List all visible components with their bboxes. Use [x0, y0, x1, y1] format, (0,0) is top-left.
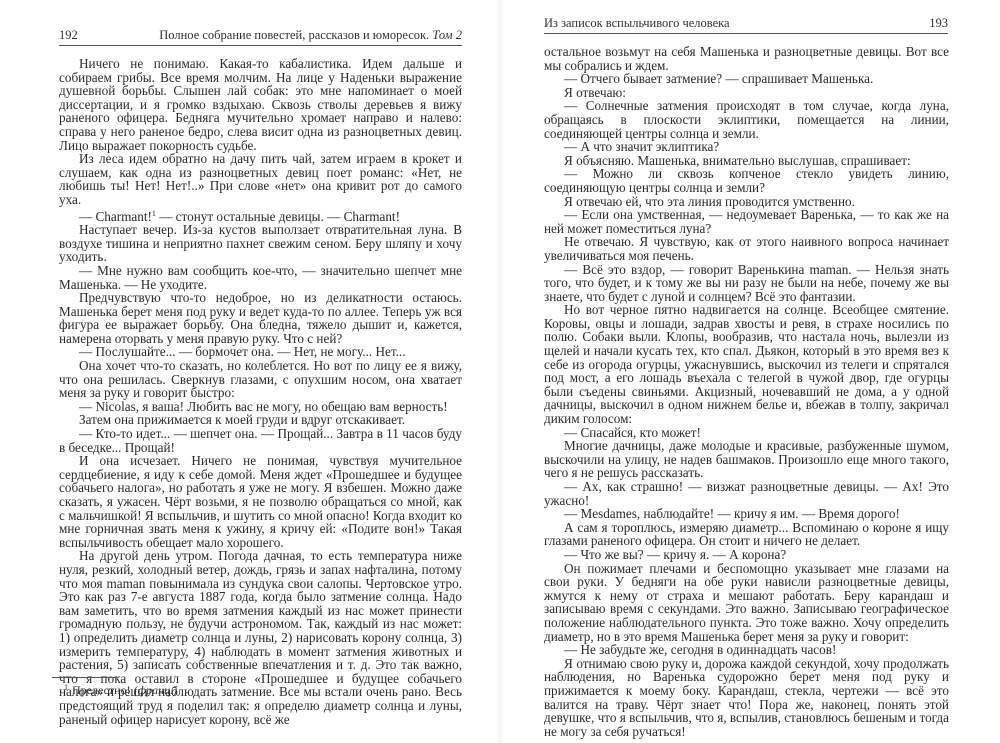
paragraph: Но вот черное пятно надвигается на солнц… — [544, 303, 949, 425]
footnote-mark: 1 — [64, 683, 68, 692]
paragraph: — А что значит эклиптика? — [544, 140, 949, 154]
paragraph: — Что же вы? — кричу я. — А корона? — [544, 548, 949, 562]
paragraph: Он пожимает плечами и беспомощно указыва… — [544, 562, 949, 644]
paragraph: Затем она прижимается к моей груди и вдр… — [59, 413, 462, 427]
paragraph: — Можно ли сквозь копченое стекло увидет… — [544, 167, 949, 194]
footnote: 1Прелестно! (франц.) — [64, 683, 177, 698]
paragraph: — Солнечные затмения происходят в том сл… — [544, 99, 949, 140]
paragraph: — Спасайся, кто может! — [544, 426, 949, 440]
page-number: 192 — [59, 28, 78, 43]
paragraph: Наступает вечер. Из-за кустов выползает … — [59, 223, 462, 264]
paragraph: — Послушайте... — бормочет она. — Нет, н… — [59, 345, 462, 359]
paragraph: — Не забудьте же, сегодня в одиннадцать … — [544, 643, 949, 657]
left-running-header: 192 Полное собрание повестей, рассказов … — [59, 28, 462, 46]
paragraph: Она хочет что-то сказать, но колеблется.… — [59, 359, 462, 400]
left-page: 192 Полное собрание повестей, рассказов … — [0, 0, 500, 743]
paragraph: Я отнимаю свою руку и, дорожа каждой сек… — [544, 657, 949, 739]
paragraph: — Nicolas, я ваша! Любить вас не могу, н… — [59, 400, 462, 414]
paragraph: — Мне нужно вам сообщить кое-что, — знач… — [59, 264, 462, 291]
paragraph: А сам я тороплюсь, измеряю диаметр... Вс… — [544, 521, 949, 548]
paragraph: Многие дачницы, даже молодые и красивые,… — [544, 439, 949, 480]
paragraph: Из леса идем обратно на дачу пить чай, з… — [59, 152, 462, 206]
running-title: Из записок вспыльчивого человека — [544, 16, 730, 31]
paragraph: — Если она умственная, — недоумевает Вар… — [544, 208, 949, 235]
volume-label: Том 2 — [432, 28, 462, 42]
right-body-text: остальное возьмут на себя Машенька и раз… — [544, 45, 949, 738]
paragraph: Предчувствую что-то недоброе, но из дели… — [59, 291, 462, 345]
paragraph: — Ах, как страшно! — визжат разноцветные… — [544, 480, 949, 507]
right-running-header: Из записок вспыльчивого человека 193 — [544, 16, 948, 34]
paragraph: На другой день утром. Погода дачная, то … — [59, 549, 462, 726]
right-page: Из записок вспыльчивого человека 193 ост… — [500, 0, 1000, 743]
paragraph: Не отвечаю. Я чувствую, как от этого наи… — [544, 235, 949, 262]
left-body-text: Ничего не понимаю. Какая-то кабалистика.… — [59, 57, 462, 726]
paragraph: Я отвечаю: — [544, 86, 949, 100]
paragraph: — Всё это вздор, — говорит Варенькина ma… — [544, 263, 949, 304]
page-number: 193 — [929, 16, 948, 31]
paragraph: — Отчего бывает затмение? — спрашивает М… — [544, 72, 949, 86]
paragraph: И она исчезает. Ничего не понимая, чувст… — [59, 454, 462, 549]
paragraph: Ничего не понимаю. Какая-то кабалистика.… — [59, 57, 462, 152]
paragraph: остальное возьмут на себя Машенька и раз… — [544, 45, 949, 72]
running-title: Полное собрание повестей, рассказов и юм… — [159, 28, 462, 43]
paragraph: — Кто-то идет... — шепчет она. — Прощай.… — [59, 427, 462, 454]
paragraph-charmant: — Charmant!1 — стонут остальные девицы. … — [59, 207, 462, 224]
footnote-divider — [52, 677, 118, 678]
paragraph: — Mesdames, наблюдайте! — кричу я им. — … — [544, 507, 949, 521]
paragraph: Я отвечаю ей, что эта линия проводится у… — [544, 195, 949, 209]
paragraph: Я объясняю. Машенька, внимательно выслуш… — [544, 154, 949, 168]
